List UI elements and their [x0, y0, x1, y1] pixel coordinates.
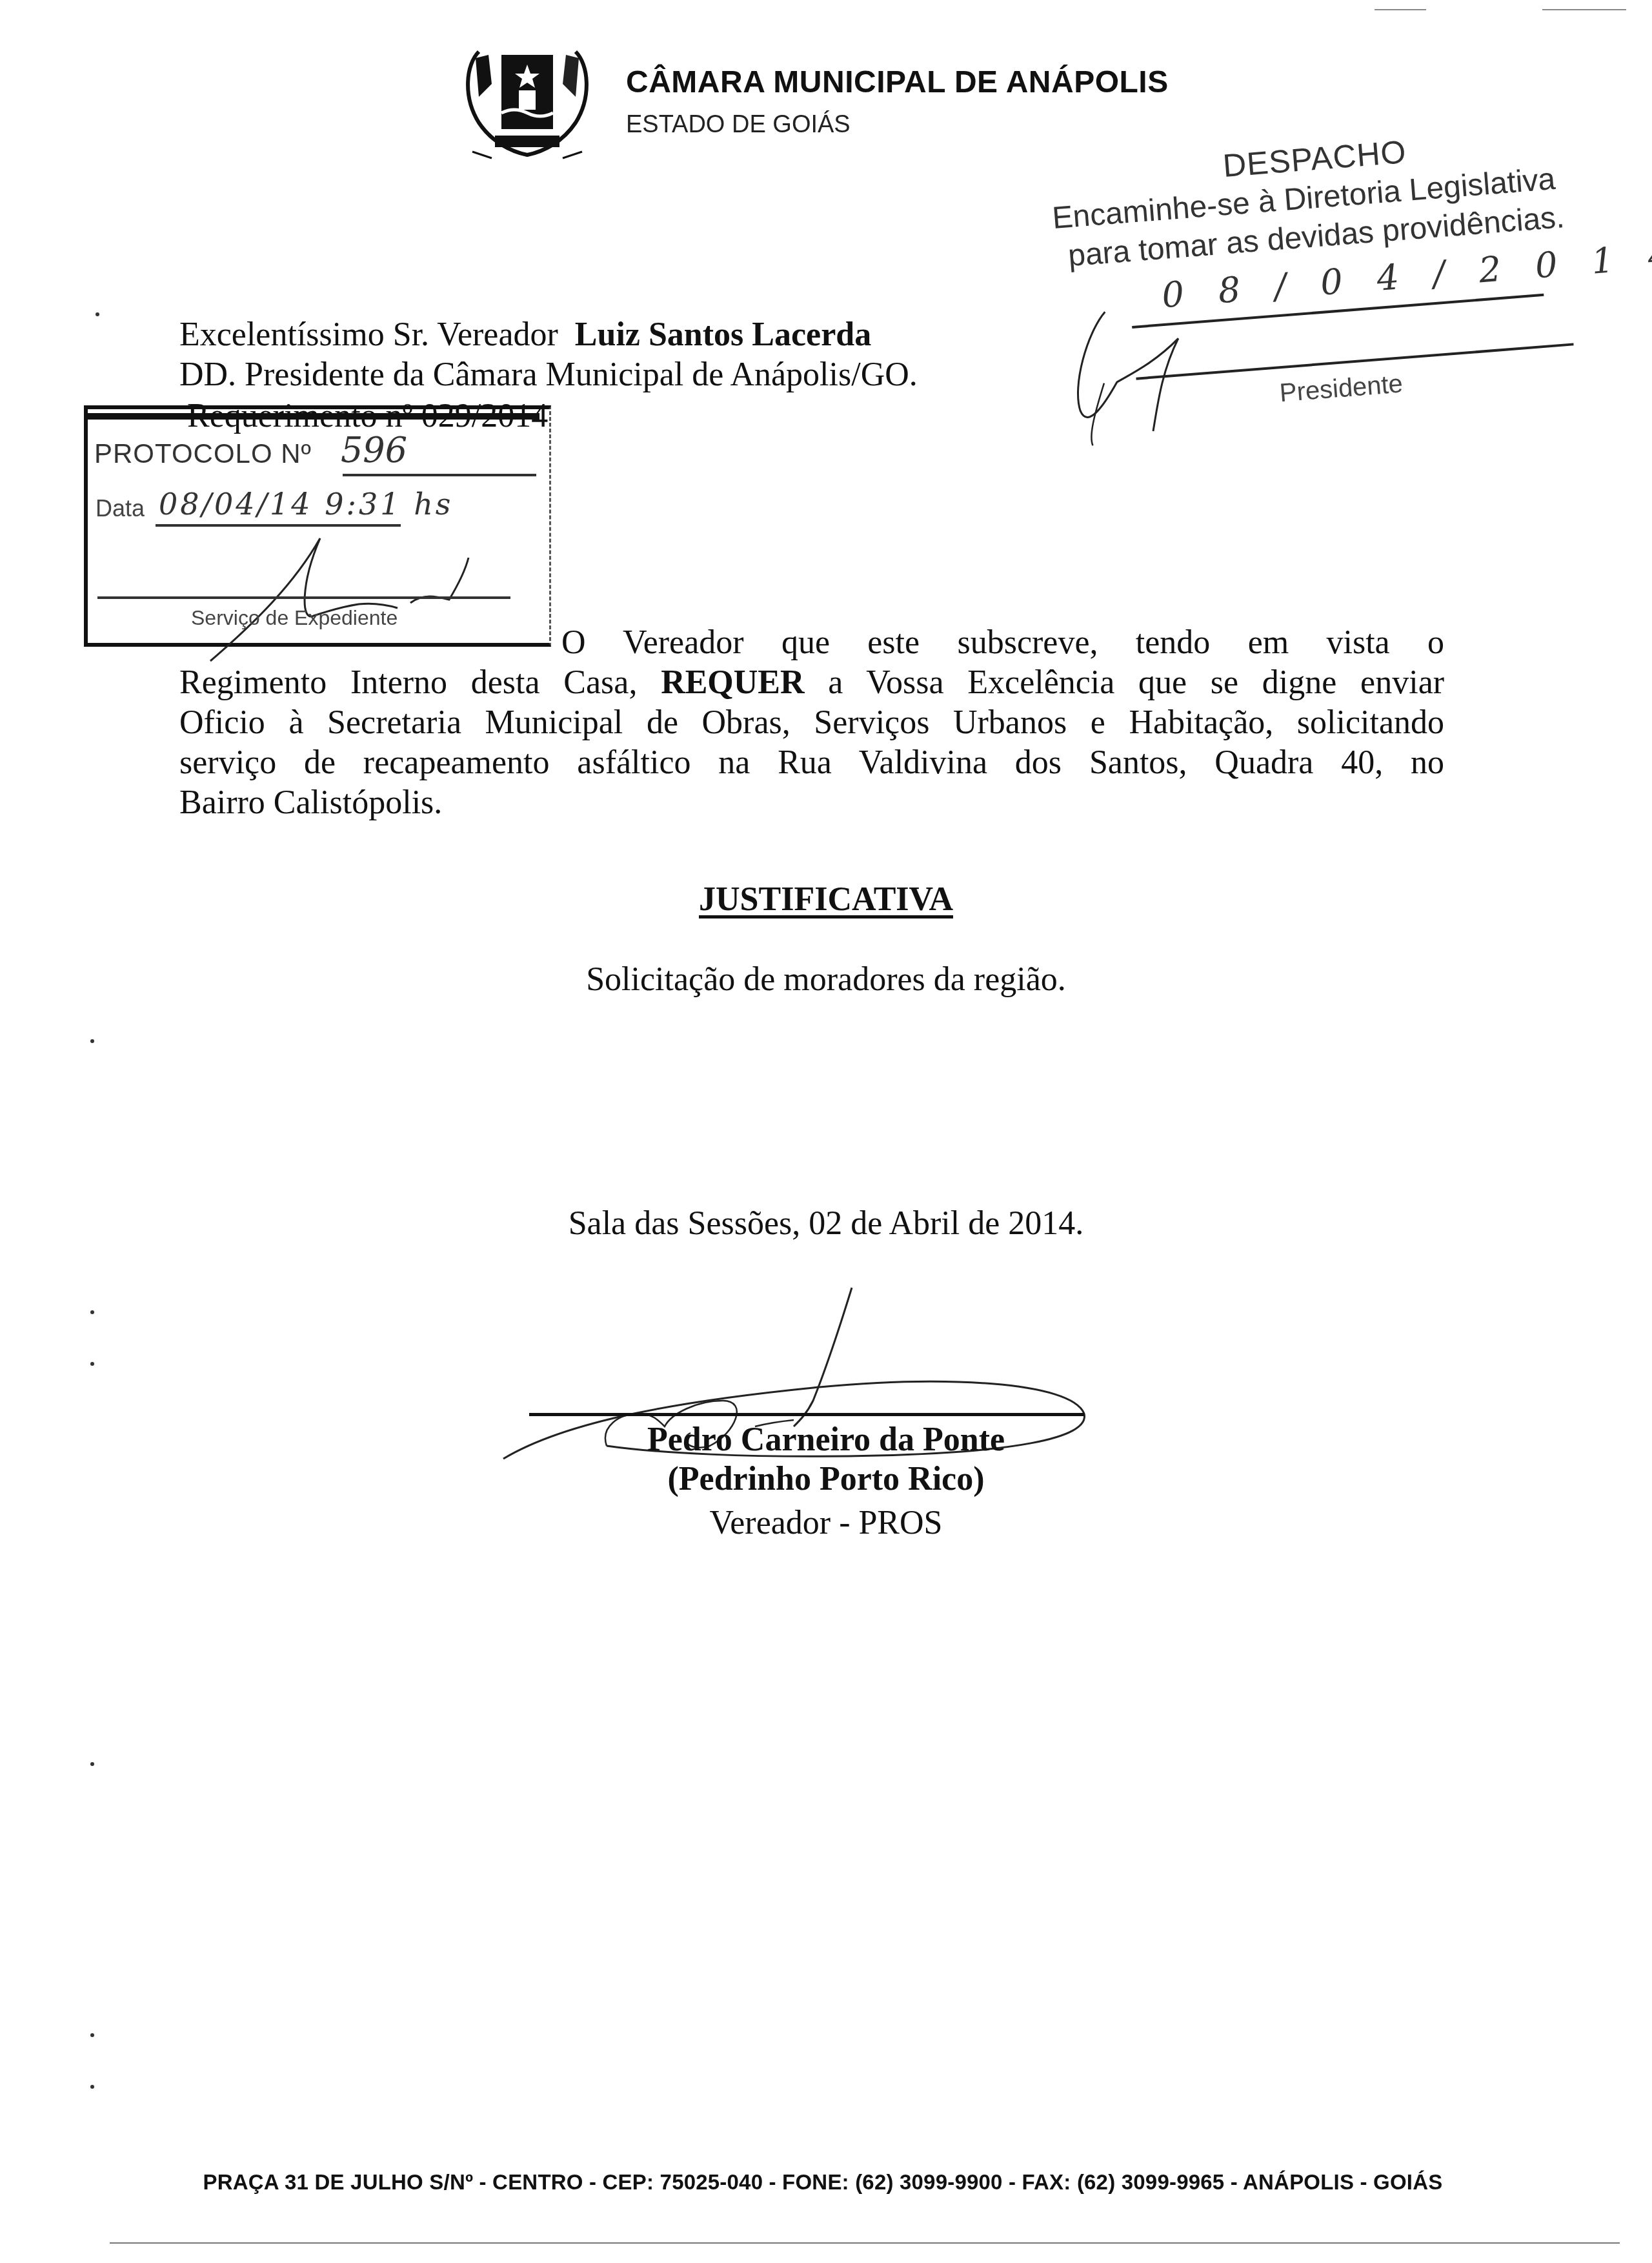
addressee-title: DD. Presidente da Câmara Municipal de An… [179, 355, 918, 395]
addressee-name: Luiz Santos Lacerda [575, 316, 871, 353]
protocolo-date-value: 08/04/14 9:31 hs [159, 487, 453, 522]
footer-address: PRAÇA 31 DE JULHO S/Nº - CENTRO - CEP: 7… [0, 2170, 1652, 2195]
justification-title: JUSTIFICATIVA [0, 880, 1652, 918]
body-line-3: Oficio à Secretaria Municipal de Obras, … [179, 703, 1444, 743]
body-line-2-pre: Regimento Interno desta Casa, [179, 664, 637, 701]
protocolo-date-line [156, 524, 401, 527]
signer-role: Vereador - PROS [0, 1504, 1652, 1542]
body-line-5: Bairro Calistópolis. [179, 783, 1444, 823]
scan-speck [90, 1362, 94, 1366]
org-name: CÂMARA MUNICIPAL DE ANÁPOLIS [626, 65, 1169, 100]
org-state: ESTADO DE GOIÁS [626, 111, 851, 139]
scan-speck [90, 1039, 94, 1043]
scan-edge-mark [1375, 9, 1426, 10]
protocolo-number: 596 [341, 430, 407, 471]
place-date: Sala das Sessões, 02 de Abril de 2014. [0, 1204, 1652, 1243]
requer-keyword: REQUER [661, 664, 804, 701]
protocolo-signature-line [97, 596, 510, 599]
despacho-stamp: DESPACHO Encaminhe-se à Diretoria Legisl… [1047, 111, 1624, 457]
signer-alias: (Pedrinho Porto Rico) [0, 1460, 1652, 1498]
coat-of-arms-icon [459, 26, 595, 161]
scan-speck [90, 1310, 94, 1314]
protocolo-date-label: Data [96, 495, 145, 522]
justification-text: Solicitação de moradores da região. [0, 960, 1652, 999]
stamp-border-strike [88, 413, 539, 420]
signer-name: Pedro Carneiro da Ponte [0, 1420, 1652, 1460]
protocolo-stamp: PROTOCOLO Nº 596 Data 08/04/14 9:31 hs S… [84, 405, 551, 647]
protocolo-label: PROTOCOLO Nº [94, 438, 312, 469]
scan-speck [90, 2033, 94, 2037]
scan-edge-mark [1542, 9, 1626, 10]
body-line-2-post: a Vossa Excelência que se digne enviar [828, 664, 1444, 701]
president-signature-icon [1060, 296, 1238, 451]
addressee-salutation: Excelentíssimo Sr. Vereador [179, 316, 558, 353]
body-line-1: O Vereador que este subscreve, tendo em … [179, 623, 1444, 663]
protocolo-number-line [343, 474, 536, 476]
scan-speck [96, 312, 99, 316]
signature-line [529, 1413, 1084, 1416]
despacho-role: Presidente [1278, 369, 1404, 408]
request-body: O Vereador que este subscreve, tendo em … [179, 623, 1444, 823]
footer-rule [110, 2242, 1620, 2244]
body-line-4: serviço de recapeamento asfáltico na Rua… [179, 743, 1444, 783]
scan-speck [90, 2085, 94, 2089]
scan-speck [90, 1762, 94, 1766]
addressee-block: Excelentíssimo Sr. Vereador Luiz Santos … [179, 315, 918, 395]
body-line-2: Regimento Interno desta Casa, REQUER a V… [179, 663, 1444, 703]
